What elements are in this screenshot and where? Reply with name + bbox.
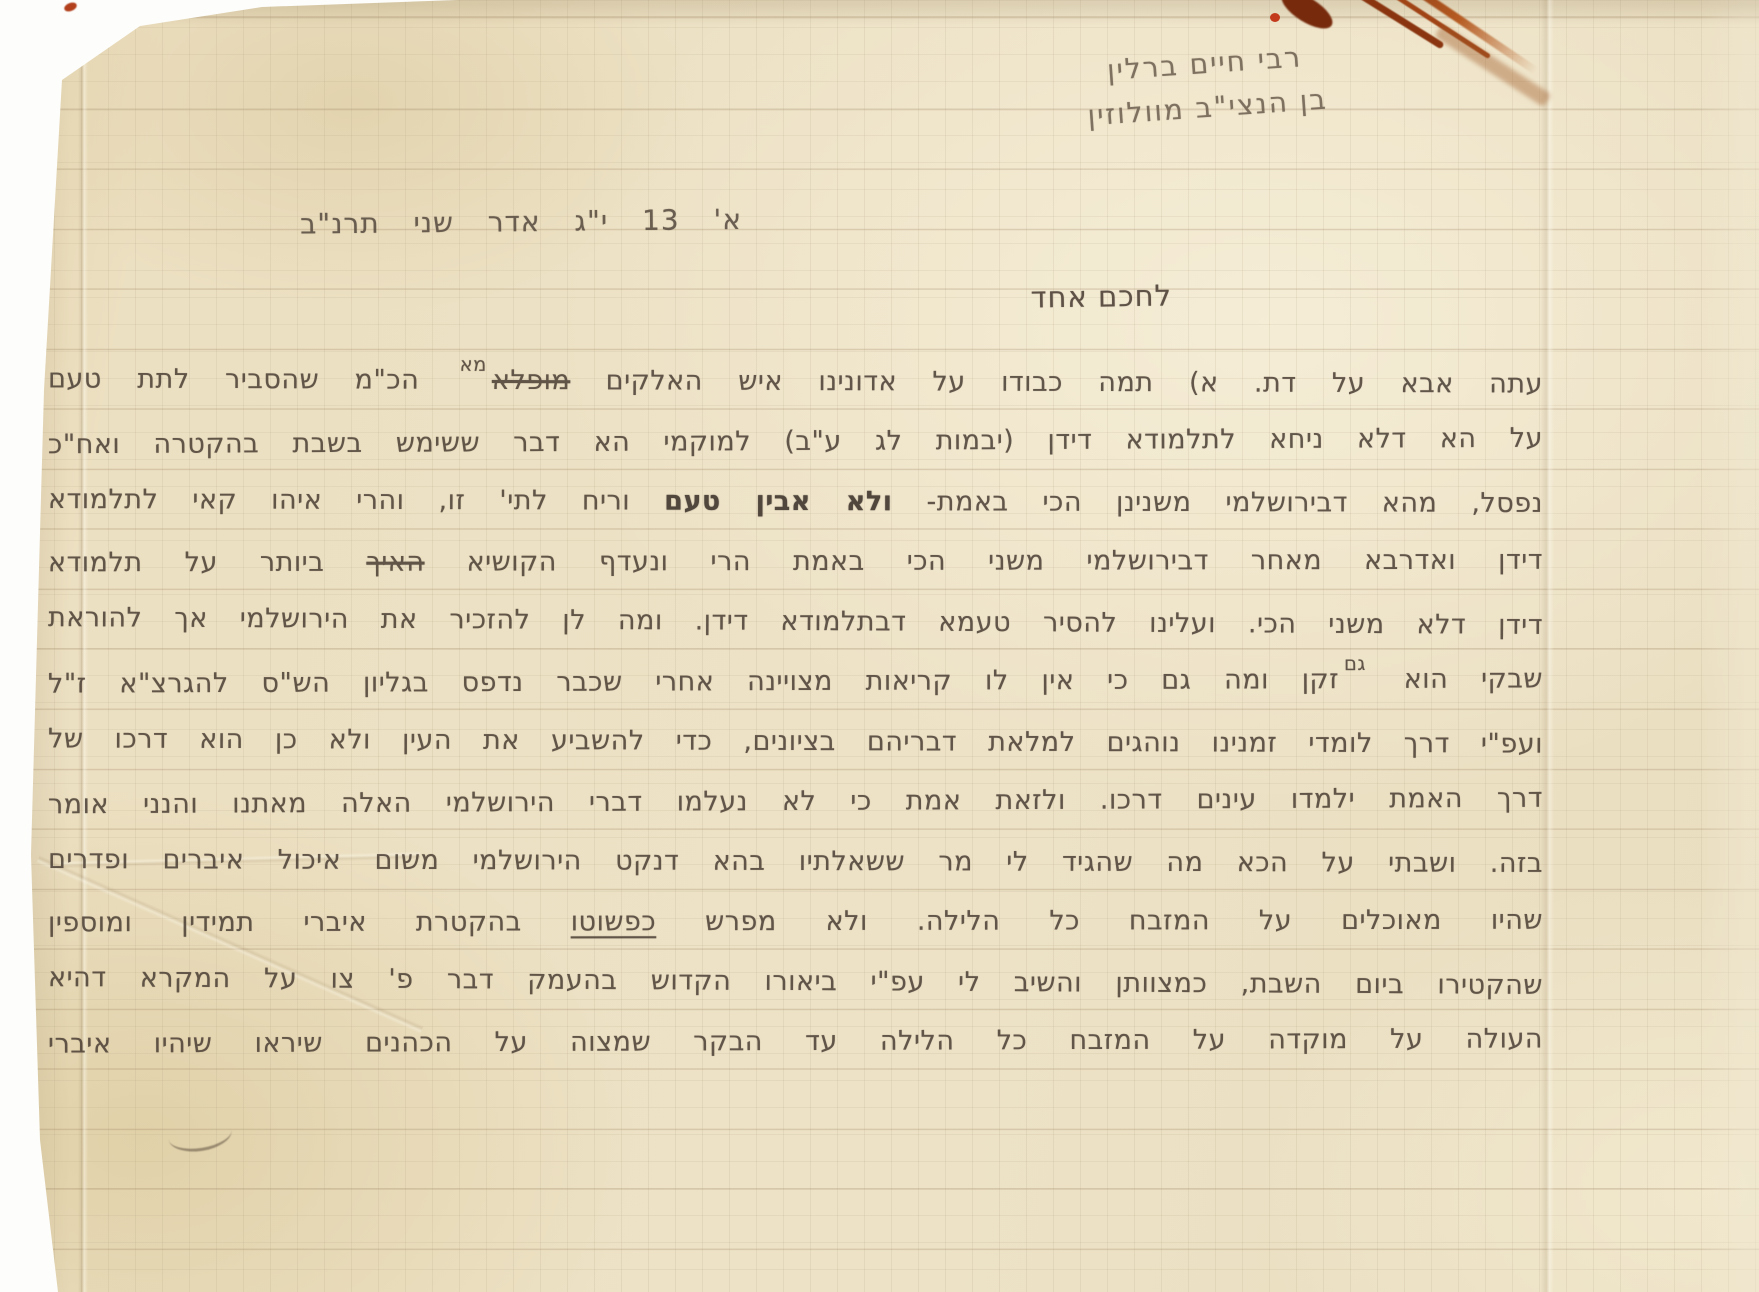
red-ink-dot-top-left	[63, 1, 78, 13]
manuscript-segment: הכ"מ שהסביר לתת טעם	[48, 363, 455, 395]
manuscript-segment-struck: מופלא	[492, 365, 571, 396]
manuscript-segment: נפסל, מהא דבירושלמי משנינן הכי באמת-	[893, 486, 1544, 519]
manuscript-line: שהיו מאוכלים על המזבח כל הלילה. ולא מפרש…	[48, 891, 1543, 954]
manuscript-segment: וריח לתי' זו, והרי איהו קאי לתלמודא	[48, 484, 664, 517]
manuscript-segment: על הא דלא ניחא לתלמודא דידן (יבמות לג ע"…	[48, 423, 1543, 461]
manuscript-line: העולה על מוקדה על המזבח כל הלילה עד הבקר…	[48, 1009, 1543, 1074]
manuscript-segment: שבקי הוא	[1371, 663, 1543, 695]
manuscript-segment: בזה. ושבתי על הכא מה שהגיד לי מר ששאלתיו…	[48, 844, 1543, 879]
manuscript-line: דידן דלא משני הכי. ועלינו להסיר טעמא דבת…	[48, 588, 1543, 656]
manuscript-segment: שהיו מאוכלים על המזבח כל הלילה. ולא מפרש	[656, 905, 1543, 938]
manuscript-segment: זקן ומה גם כי אין לו קריאות מצויינה אחרי…	[48, 664, 1339, 700]
manuscript-line: עתה אבא על דת. א) תמה כבודו על אדונינו א…	[48, 349, 1543, 414]
manuscript-line: נפסל, מהא דבירושלמי משנינן הכי באמת- ולא…	[48, 470, 1543, 534]
manuscript-line: על הא דלא ניחא לתלמודא דידן (יבמות לג ע"…	[48, 409, 1543, 476]
letter-paper-sheet: רבי חיים ברלין בן הנצי"ב מוולוזין א' 13 …	[0, 0, 1759, 1292]
manuscript-segment-under: כפשוטו	[571, 906, 657, 937]
manuscript-segment: דרך האמת ילמדו עינים דרכו. ולזאת אמת כי …	[48, 783, 1543, 821]
manuscript-line: דידן ואדרבא מאחר דבירושלמי משני הכי באמת…	[48, 531, 1543, 594]
date-line: א' 13 י"ג אדר שני תרנ"ב	[152, 203, 742, 242]
manuscript-line: שבקי הוא גםזקן ומה גם כי אין לו קריאות מ…	[48, 649, 1543, 714]
manuscript-segment: בהקטרת איברי תמידין ומוספין	[48, 906, 571, 938]
manuscript-segment: דידן ואדרבא מאחר דבירושלמי משני הכי באמת…	[425, 545, 1543, 578]
salutation: לחכם אחד	[962, 279, 1172, 316]
manuscript-segment-bold: ולא אבין טעם	[664, 486, 892, 518]
manuscript-segment-struck: האיך	[366, 547, 424, 578]
manuscript-segment-sup: מא	[460, 352, 487, 375]
manuscript-line: דרך האמת ילמדו עינים דרכו. ולזאת אמת כי …	[48, 769, 1543, 836]
manuscript-segment: שהקטירו ביום השבת, כמצוותן והשיב לי עפ"י…	[48, 962, 1543, 1001]
manuscript-segment: ועפ"י דרך לומדי זמנינו נוהגים למלאת דברי…	[48, 723, 1543, 759]
manuscript-segment: עתה אבא על דת. א) תמה כבודו על אדונינו א…	[570, 365, 1543, 399]
manuscript-segment: ביותר על תלמודא	[48, 547, 366, 579]
manuscript-line: בזה. ושבתי על הכא מה שהגיד לי מר ששאלתיו…	[48, 830, 1543, 894]
manuscript-line: שהקטירו ביום השבת, כמצוותן והשיב לי עפ"י…	[48, 948, 1543, 1016]
letter-body: עתה אבא על דת. א) תמה כבודו על אדונינו א…	[48, 352, 1543, 1072]
manuscript-segment-sup: גם	[1344, 652, 1366, 675]
scanned-letter-scene: רבי חיים ברלין בן הנצי"ב מוולוזין א' 13 …	[0, 0, 1759, 1292]
manuscript-segment: דידן דלא משני הכי. ועלינו להסיר טעמא דבת…	[48, 602, 1543, 641]
manuscript-line: ועפ"י דרך לומדי זמנינו נוהגים למלאת דברי…	[48, 709, 1543, 774]
manuscript-segment: העולה על מוקדה על המזבח כל הלילה עד הבקר…	[48, 1023, 1543, 1059]
